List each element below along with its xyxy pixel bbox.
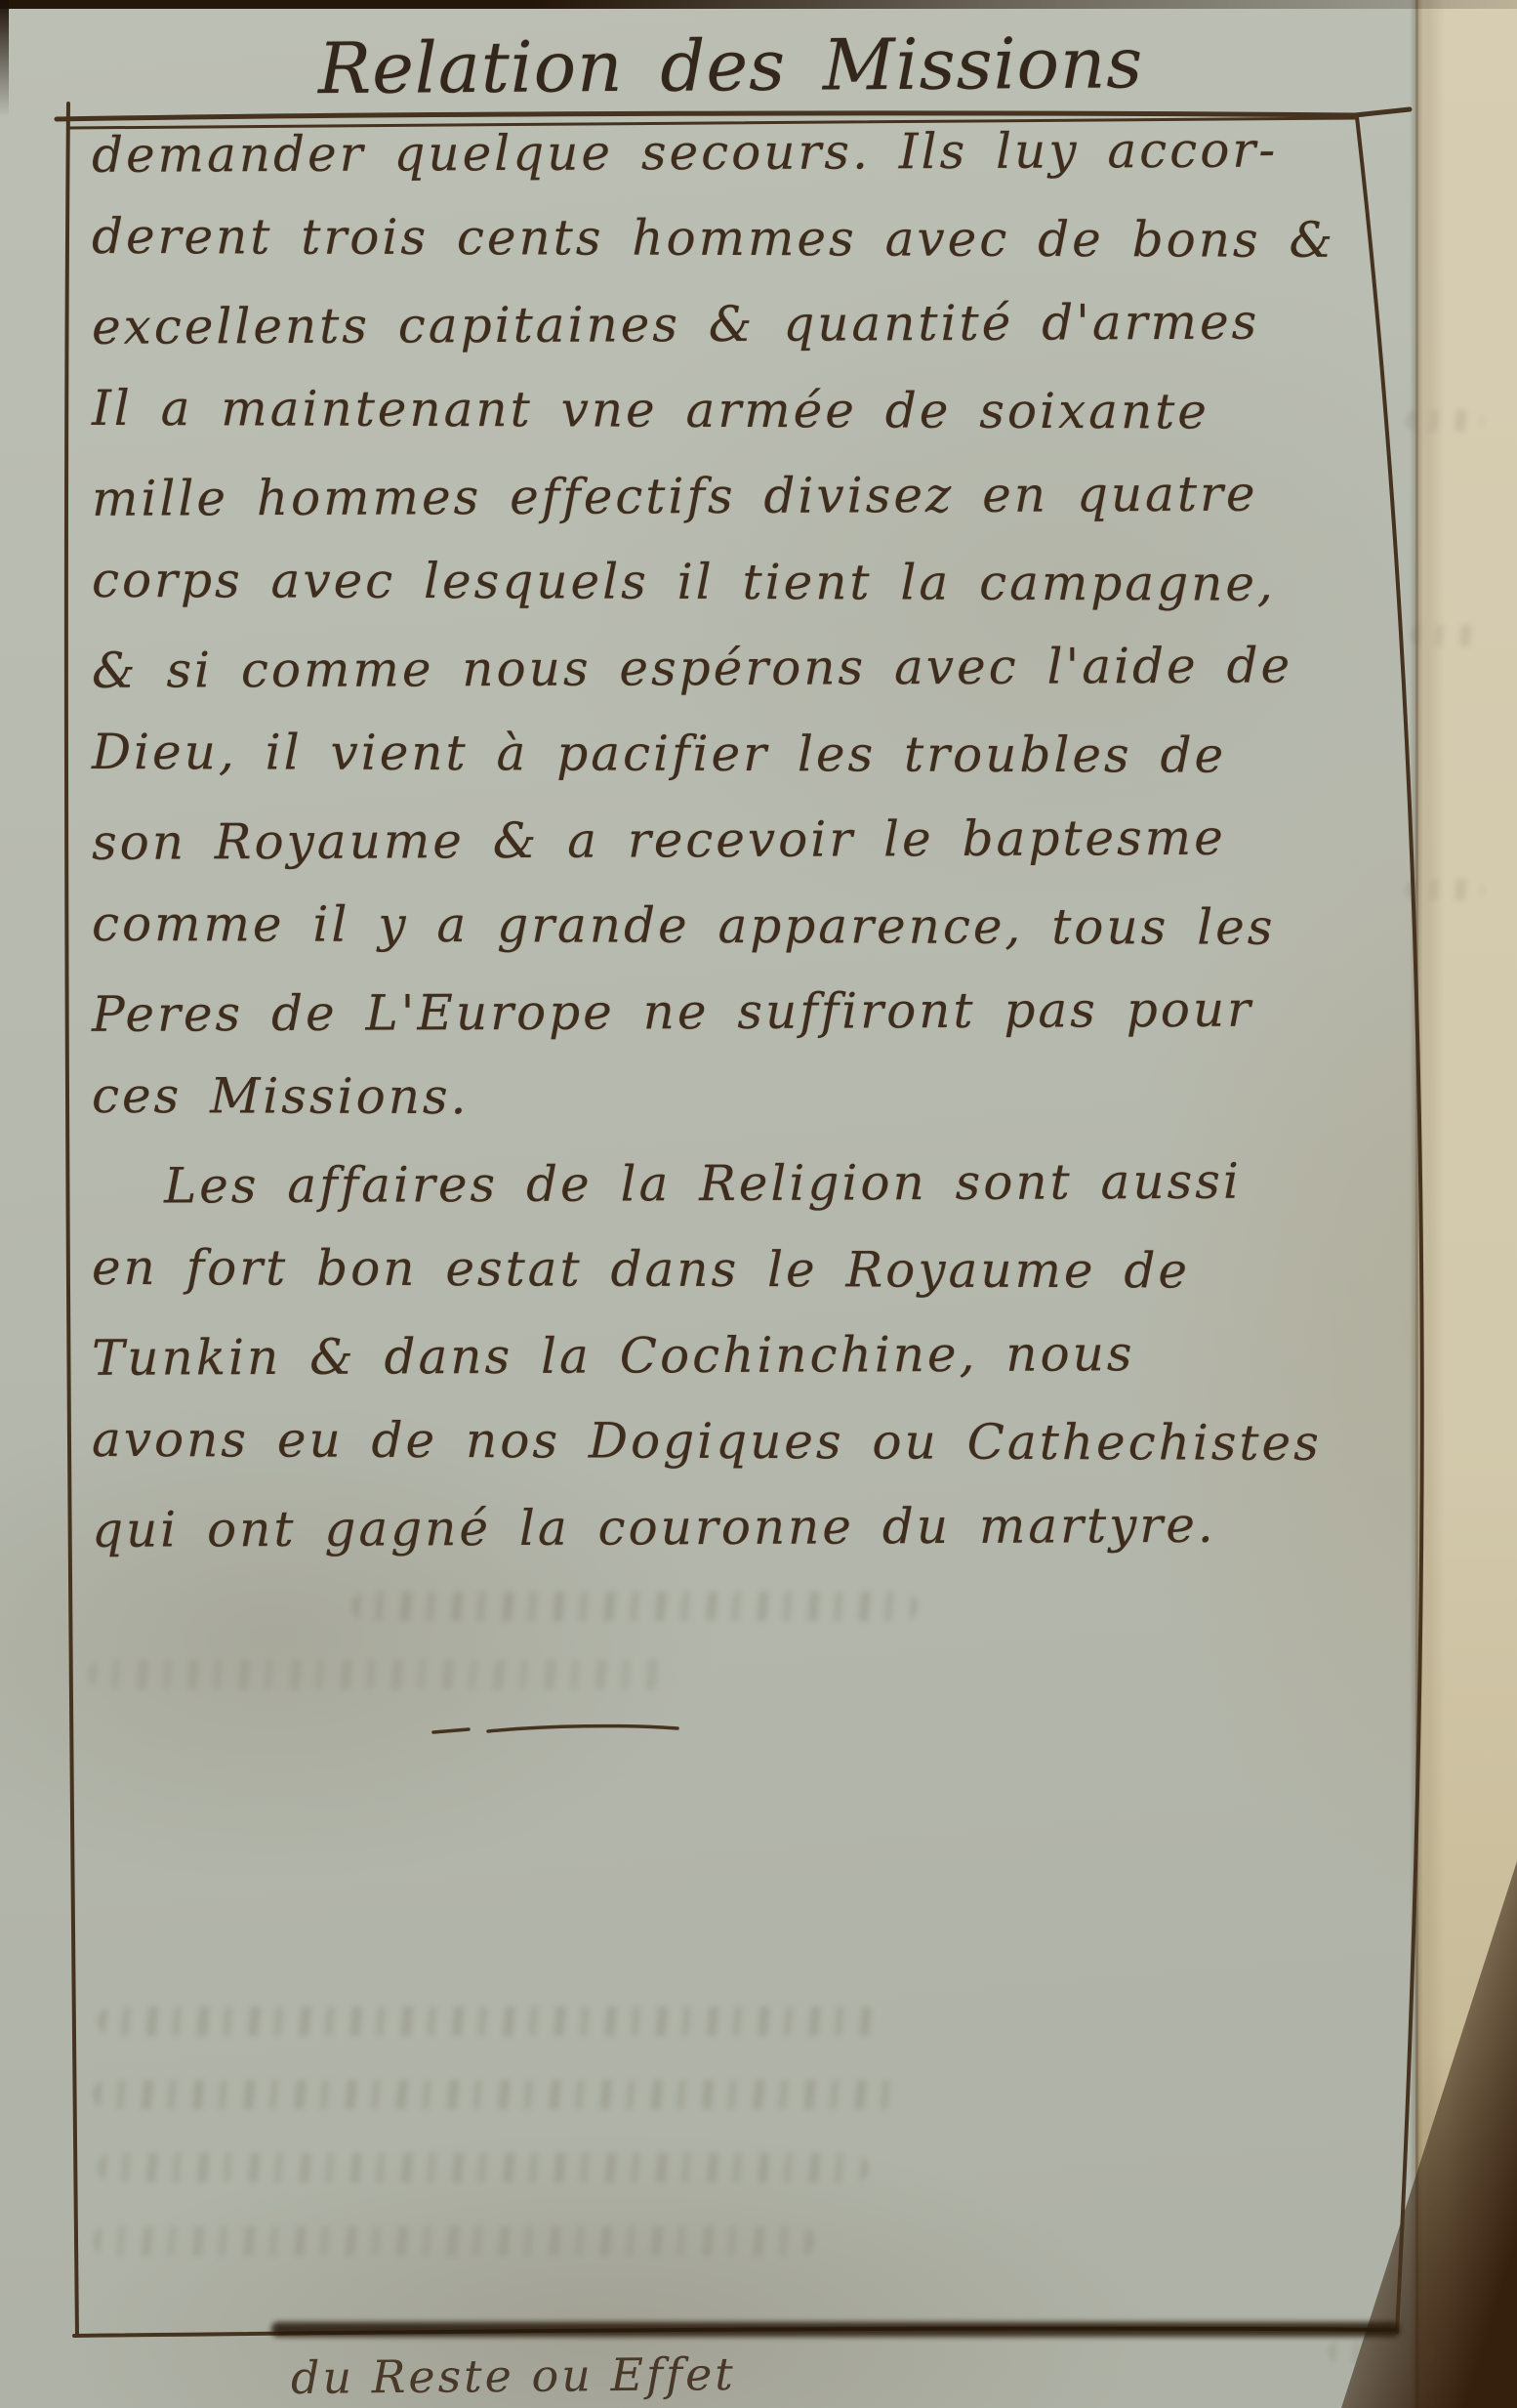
page-title: Relation des Missions	[318, 21, 1198, 110]
bottom-partial-line: du Reste ou Effet	[291, 2347, 736, 2404]
text-line: son Royaume & a recevoir le baptesme	[92, 794, 1371, 886]
manuscript-text: demander quelque secours. Ils luy accor-…	[92, 109, 1371, 1570]
text-line: en fort bon estat dans le Royaume de	[92, 1225, 1371, 1314]
text-line: derent trois cents hommes avec de bons &	[92, 193, 1371, 283]
text-line: Dieu, il vient à pacifier les troubles d…	[92, 709, 1371, 799]
text-line: qui ont gagné la couronne du martyre.	[92, 1481, 1371, 1573]
separator-flourish	[433, 1726, 677, 1732]
text-line: avons eu de nos Dogiques ou Cathechistes	[92, 1396, 1371, 1486]
text-line: Peres de L'Europe ne suffiront pas pour	[92, 966, 1371, 1058]
text-line: excellents capitaines & quantité d'armes	[92, 278, 1371, 370]
manuscript-photo: Relation des Missions demander quelque s…	[0, 0, 1517, 2408]
text-line: corps avec lesquels il tient la campagne…	[92, 537, 1371, 627]
text-line: demander quelque secours. Ils luy accor-	[92, 106, 1371, 198]
text-line: ces Missions.	[92, 1053, 1371, 1142]
text-line: Tunkin & dans la Cochinchine, nous	[92, 1309, 1371, 1401]
text-line: & si comme nous espérons avec l'aide de	[92, 622, 1371, 714]
text-line: comme il y a grande apparence, tous les	[92, 881, 1371, 971]
text-line: Il a maintenant vne armée de soixante	[92, 365, 1371, 455]
page-fold-shadow	[271, 2322, 1400, 2337]
text-line: Les affaires de la Religion sont aussi	[92, 1138, 1371, 1229]
text-line: mille hommes effectifs divisez en quatre	[92, 450, 1371, 542]
